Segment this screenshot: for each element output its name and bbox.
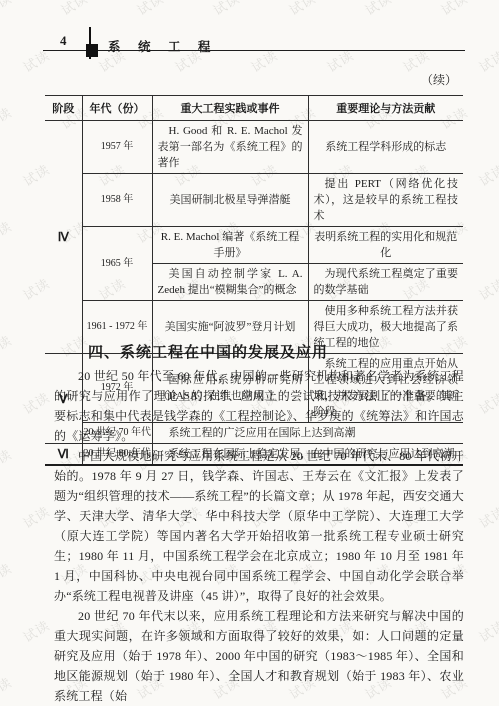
paragraph-2: 中国大规模地研究与应用系统工程是从 20 世纪 70 年代末、80 年代初开始的…	[54, 446, 464, 606]
table-header-row: 阶段 年代（份） 重大工程实践或事件 重要理论与方法贡献	[45, 96, 463, 121]
table-row-1965a: 1965 年 R. E. Machol 编著《系统工程手册》 表明系统工程的实用…	[45, 227, 463, 264]
stage-cell-iv: Ⅳ	[45, 121, 82, 354]
col-header-year: 年代（份）	[82, 96, 152, 121]
year-cell: 1965 年	[82, 227, 152, 301]
paragraph-3: 20 世纪 70 年代末以来，应用系统工程理论和方法来研究与解决中国的重大现实问…	[54, 606, 464, 706]
practice-cell: 美国自动控制学家 L. A. Zedeh 提出“模糊集合”的概念	[152, 264, 308, 301]
contribution-cell: 表明系统工程的实用化和规范化	[308, 227, 463, 264]
practice-cell: H. Good 和 R. E. Machol 发表第一部名为《系统工程》的著作	[152, 121, 308, 174]
year-cell: 1958 年	[82, 174, 152, 227]
paragraph-1: 20 世纪 50 年代至 60 年代，中国的一些研究机构和著名学者为系统工程的研…	[54, 366, 464, 446]
table-row-1958: 1958 年 美国研制北极星导弹潜艇 提出 PERT（网络优化技术），这是较早的…	[45, 174, 463, 227]
col-header-stage: 阶段	[45, 96, 82, 121]
practice-cell: 美国研制北极星导弹潜艇	[152, 174, 308, 227]
body-text: 20 世纪 50 年代至 60 年代，中国的一些研究机构和著名学者为系统工程的研…	[54, 366, 464, 706]
running-head-title: 系 统 工 程	[108, 37, 217, 55]
page-number: 4	[60, 33, 67, 49]
contribution-cell: 系统工程学科形成的标志	[308, 121, 463, 174]
contribution-cell: 为现代系统工程奠定了重要的数学基础	[308, 264, 463, 301]
table-continued-label: （续）	[421, 71, 457, 88]
col-header-contribution: 重要理论与方法贡献	[308, 96, 463, 121]
section-heading: 四、系统工程在中国的发展及应用	[88, 341, 328, 362]
col-header-practice: 重大工程实践或事件	[152, 96, 308, 121]
practice-cell: R. E. Machol 编著《系统工程手册》	[152, 227, 308, 264]
page-content: 4 系 统 工 程 （续） 阶段 年代（份） 重大工程实践或事件 重要理论与方法…	[0, 0, 499, 706]
year-cell: 1957 年	[82, 121, 152, 174]
contribution-cell: 使用多种系统工程方法并获得巨大成功，极大地提高了系统工程的地位	[308, 301, 463, 354]
header-square-decoration	[86, 44, 98, 57]
contribution-cell: 提出 PERT（网络优化技术），这是较早的系统工程技术	[308, 174, 463, 227]
header-rule	[43, 50, 465, 51]
scanned-book-page: 试读试读试读试读试读试读试读试读试读试读试读试读试读试读试读试读试读试读试读试读…	[0, 0, 499, 706]
table-row-1957: Ⅳ 1957 年 H. Good 和 R. E. Machol 发表第一部名为《…	[45, 121, 463, 174]
